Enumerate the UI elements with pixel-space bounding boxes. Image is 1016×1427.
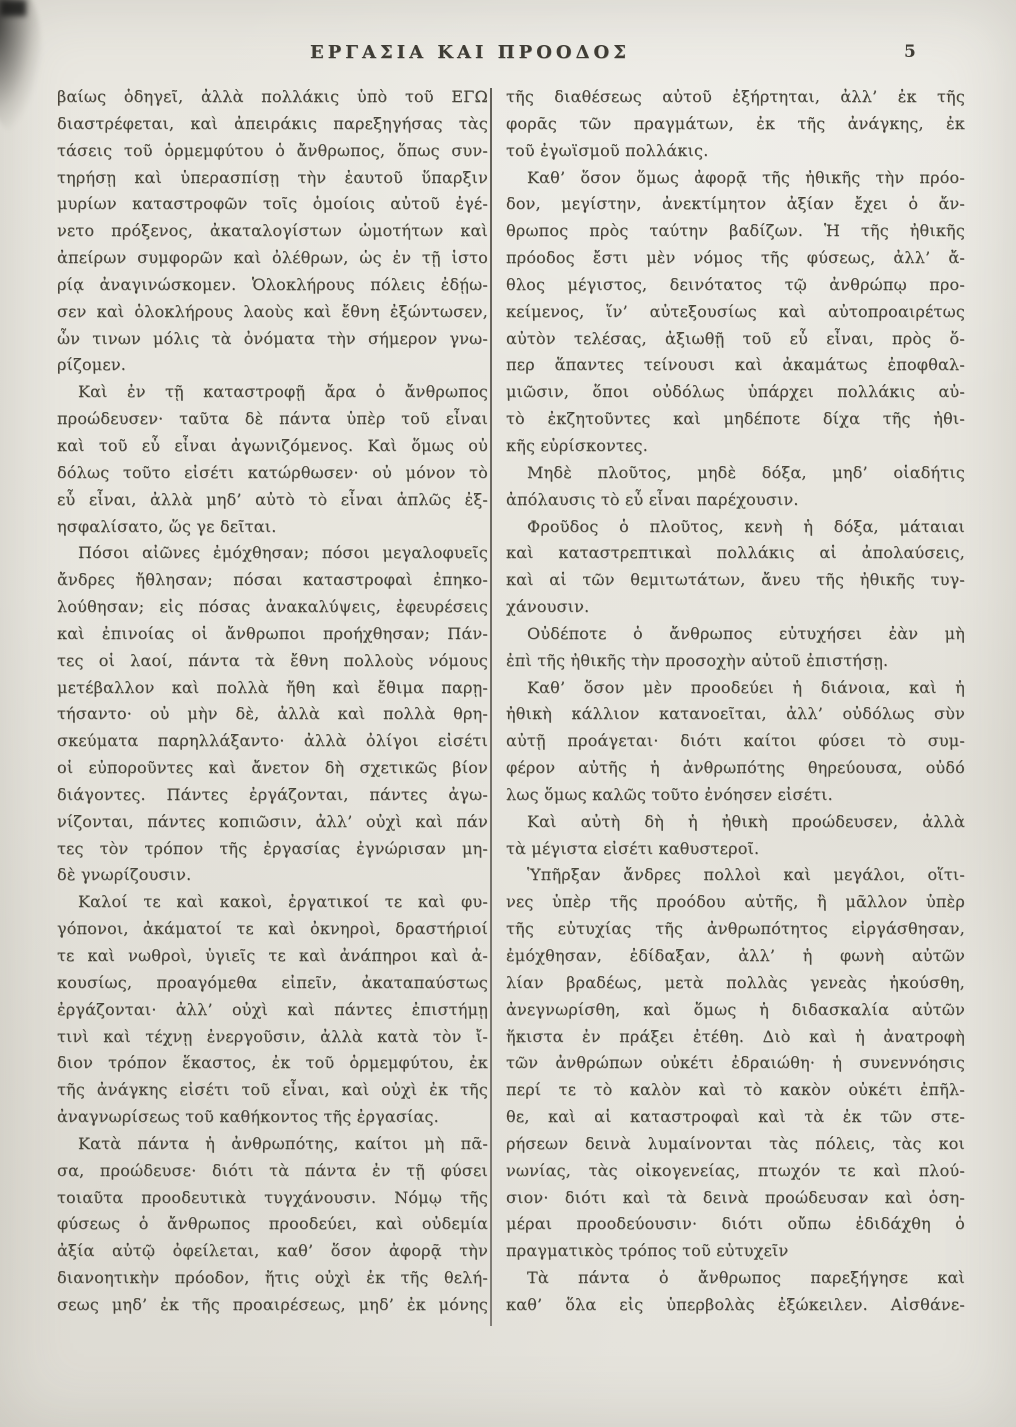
scan-corner-artifact	[0, 0, 26, 16]
text-line: διαστρέφεται, καὶ ἀπειράκις παρεξηγήσας …	[57, 111, 488, 138]
paragraph: Ὑπῆρξαν ἄνδρες πολλοὶ καὶ μεγάλοι, οἵτι-…	[506, 862, 965, 1265]
text-line: μιῶσιν, ὅποι οὐδόλως ὑπάρχει πολλάκις αὐ…	[506, 379, 965, 406]
text-line: λίαν βραδέως, μετὰ πολλὰς γενεὰς ἠκούσθη…	[506, 970, 965, 997]
running-title: ΕΡΓΑΣΙΑ ΚΑΙ ΠΡΟΟΔΟΣ	[310, 42, 630, 63]
text-line: διανοητικὴν πρόοδον, ἥτις οὐχὶ ἐκ τῆς θε…	[57, 1265, 488, 1292]
text-line: προώδευσεν· ταῦτα δὲ πάντα ὑπὲρ τοῦ εἶνα…	[57, 406, 488, 433]
text-line: Ὑπῆρξαν ἄνδρες πολλοὶ καὶ μεγάλοι, οἵτι-	[506, 862, 965, 889]
page-number: 5	[904, 42, 916, 62]
text-line: αὐτῇ προάγεται· διότι καίτοι φύσει τὸ συ…	[506, 728, 965, 755]
text-line: καὶ αἱ τῶν θεμιτωτάτων, ἄνευ τῆς ἠθικῆς …	[506, 567, 965, 594]
text-line: ἀξία αὐτῷ ὀφείλεται, καθ’ ὅσον ἀφορᾷ τὴν	[57, 1238, 488, 1265]
text-line: σεν καὶ ὁλοκλήρους λαοὺς καὶ ἔθνη ἐξώντω…	[57, 299, 488, 326]
text-line: μυρίων καταστροφῶν τοῖς ὁμοίοις αὐτοῦ ἐγ…	[57, 191, 488, 218]
text-line: ἀνεγνωρίσθη, καὶ ὅμως ἡ διδασκαλία αὐτῶν	[506, 997, 965, 1024]
text-line: διον τρόπον ἕκαστος, ἐκ τοῦ ὁρμεμφύτου, …	[57, 1050, 488, 1077]
text-line: γόπονοι, ἀκάματοί τε καὶ ὀκνηροὶ, δραστή…	[57, 916, 488, 943]
text-line: χάνουσιν.	[506, 594, 965, 621]
right-text-column: τῆς διαθέσεως αὐτοῦ ἐξήρτηται, ἀλλ’ ἐκ τ…	[506, 84, 965, 1319]
text-line: σκεύματα παρηλλάξαντο· ἀλλὰ ὀλίγοι εἰσέτ…	[57, 728, 488, 755]
text-line: ἠθικὴ κάλλιον κατανοεῖται, ἀλλ’ οὐδόλως …	[506, 701, 965, 728]
text-line: ἀπείρων συμφορῶν καὶ ὀλέθρων, ὡς ἐν τῇ ἱ…	[57, 245, 488, 272]
text-line: Τὰ πάντα ὁ ἄνθρωπος παρεξήγησε καὶ	[506, 1265, 965, 1292]
text-line: φέρον αὐτῆς ἡ ἀνθρωπότης θηρεύουσα, οὐδό	[506, 755, 965, 782]
text-line: τὸ ἐκζητοῦντες καὶ μηδέποτε δίχα τῆς ἠθι…	[506, 406, 965, 433]
text-line: ἐργάζονται· ἀλλ’ οὐχὶ καὶ πάντες ἐπιστήμ…	[57, 997, 488, 1024]
text-line: νες ὑπὲρ τῆς προόδου αὐτῆς, ἢ μᾶλλον ὑπὲ…	[506, 889, 965, 916]
text-line: πρόοδος ἔστι μὲν νόμος τῆς φύσεως, ἀλλ’ …	[506, 245, 965, 272]
paragraph: Κατὰ πάντα ἡ ἀνθρωπότης, καίτοι μὴ πᾶ-σα…	[57, 1131, 488, 1319]
text-line: κουσίως, προαγόμεθα εἰπεῖν, ἀκαταπαύστως	[57, 970, 488, 997]
text-line: εὖ εἶναι, ἀλλὰ μηδ’ αὐτὸ τὸ εἶναι ἁπλῶς …	[57, 487, 488, 514]
text-line: Καθ’ ὅσον μὲν προοδεύει ἡ διάνοια, καὶ ἡ	[506, 675, 965, 702]
paragraph: Φροῦδος ὁ πλοῦτος, κενὴ ἡ δόξα, μάταιαικ…	[506, 514, 965, 621]
text-line: τῆς διαθέσεως αὐτοῦ ἐξήρτηται, ἀλλ’ ἐκ τ…	[506, 84, 965, 111]
text-line: νωνίας, τὰς οἰκογενείας, πτωχόν τε καὶ π…	[506, 1158, 965, 1185]
paragraph: Πόσοι αἰῶνες ἐμόχθησαν; πόσοι μεγαλοφυεῖ…	[57, 540, 488, 889]
text-line: αὐτὸν τελέσας, ἀξιωθῇ τοῦ εὖ εἶναι, πρὸς…	[506, 326, 965, 353]
text-line: νετο πρόξενος, ἀκαταλογίστων ὠμοτήτων κα…	[57, 218, 488, 245]
text-line: θλος μέγιστος, δεινότατος τῷ ἀνθρώπῳ προ…	[506, 272, 965, 299]
text-line: Φροῦδος ὁ πλοῦτος, κενὴ ἡ δόξα, μάταιαι	[506, 514, 965, 541]
text-line: δόλως τοῦτο εἰσέτι κατώρθωσεν· οὐ μόνον …	[57, 460, 488, 487]
text-line: τινὶ καὶ τέχνῃ ἐνεργοῦσιν, ἀλλὰ κατὰ τὸν…	[57, 1024, 488, 1051]
text-line: θρωπος πρὸς ταύτην βαδίζων. Ἡ τῆς ἠθικῆς	[506, 218, 965, 245]
paragraph: τῆς διαθέσεως αὐτοῦ ἐξήρτηται, ἀλλ’ ἐκ τ…	[506, 84, 965, 165]
text-line: καὶ καταστρεπτικαὶ πολλάκις αἱ ἀπολαύσει…	[506, 540, 965, 567]
scanned-book-page: ΕΡΓΑΣΙΑ ΚΑΙ ΠΡΟΟΔΟΣ 5 βαίως ὁδηγεῖ, ἀλλὰ…	[0, 0, 1016, 1427]
text-line: ησφαλίσατο, ὥς γε δεῖται.	[57, 514, 488, 541]
left-text-column: βαίως ὁδηγεῖ, ἀλλὰ πολλάκις ὑπὸ τοῦ ΕΓΩδ…	[57, 84, 488, 1319]
text-line: καθ’ ὅλα εἰς ὑπερβολὰς ἐξώκειλεν. Αἰσθάν…	[506, 1292, 965, 1319]
paragraph: βαίως ὁδηγεῖ, ἀλλὰ πολλάκις ὑπὸ τοῦ ΕΓΩδ…	[57, 84, 488, 379]
text-line: τῆς ἀνάγκης εἰσέτι τοῦ εἶναι, καὶ οὐχὶ ἐ…	[57, 1077, 488, 1104]
text-line: τῆς εὐτυχίας τῆς ἀνθρωπότητος εἰργάσθησα…	[506, 916, 965, 943]
text-line: δον, μεγίστην, ἀνεκτίμητον ἀξίαν ἔχει ὁ …	[506, 191, 965, 218]
text-line: περί τε τὸ καλὸν καὶ τὸ κακὸν οὐκέτι ἐπῆ…	[506, 1077, 965, 1104]
text-line: Μηδὲ πλοῦτος, μηδὲ δόξα, μηδ’ οἱαδήτις	[506, 460, 965, 487]
text-line: σα, προώδευσε· διότι τὰ πάντα ἐν τῇ φύσε…	[57, 1158, 488, 1185]
text-line: λως ὅμως καλῶς τοῦτο ἐνόησεν εἰσέτι.	[506, 782, 965, 809]
text-line: ρήσεων δεινὰ λυμαίνονται τὰς πόλεις, τὰς…	[506, 1131, 965, 1158]
paragraph: Οὐδέποτε ὁ ἄνθρωπος εὐτυχήσει ἐὰν μὴἐπὶ …	[506, 621, 965, 675]
text-line: Καὶ αὐτὴ δὴ ἡ ἠθικὴ προώδευσεν, ἀλλὰ	[506, 809, 965, 836]
text-line: ἄνδρες ἤθλησαν; πόσαι καταστροφαὶ ἐπηκο-	[57, 567, 488, 594]
text-line: ὧν τινων μόλις τὰ ὀνόματα τὴν σήμερον γν…	[57, 326, 488, 353]
text-line: πραγματικὸς τρόπος τοῦ εὐτυχεῖν	[506, 1238, 965, 1265]
text-line: βαίως ὁδηγεῖ, ἀλλὰ πολλάκις ὑπὸ τοῦ ΕΓΩ	[57, 84, 488, 111]
text-line: ἀπόλαυσις τὸ εὖ εἶναι παρέχουσιν.	[506, 487, 965, 514]
paragraph: Καὶ ἐν τῇ καταστροφῇ ἄρα ὁ ἄνθρωποςπροώδ…	[57, 379, 488, 540]
text-line: τες οἱ λαοί, πάντα τὰ ἔθνη πολλοὺς νόμου…	[57, 648, 488, 675]
text-line: τήσαντο· οὐ μὴν δὲ, ἀλλὰ καὶ πολλὰ θρη-	[57, 701, 488, 728]
paragraph: Καὶ αὐτὴ δὴ ἡ ἠθικὴ προώδευσεν, ἀλλὰτὰ μ…	[506, 809, 965, 863]
paragraph: Μηδὲ πλοῦτος, μηδὲ δόξα, μηδ’ οἱαδήτιςἀπ…	[506, 460, 965, 514]
text-line: ἥκιστα ἐν πράξει ἐτέθη. Διὸ καὶ ἡ ἀνατρο…	[506, 1024, 965, 1051]
text-line: καὶ τοῦ εὖ εἶναι ἀγωνιζόμενος. Καὶ ὅμως …	[57, 433, 488, 460]
text-line: τηρήσῃ καὶ ὑπερασπίσῃ τὴν ἑαυτοῦ ὕπαρξιν	[57, 165, 488, 192]
text-line: καὶ ἐπινοίας οἱ ἄνθρωποι προήχθησαν; Πάν…	[57, 621, 488, 648]
text-line: τες τὸν τρόπον τῆς ἐργασίας ἐγνώρισαν μη…	[57, 836, 488, 863]
column-divider	[490, 88, 492, 1326]
text-line: Οὐδέποτε ὁ ἄνθρωπος εὐτυχήσει ἐὰν μὴ	[506, 621, 965, 648]
text-line: τάσεις τοῦ ὁρμεμφύτου ὁ ἄνθρωπος, ὅπως σ…	[57, 138, 488, 165]
text-line: ρίᾳ ἀναγινώσκομεν. Ὁλοκλήρους πόλεις ἐδῄ…	[57, 272, 488, 299]
text-line: κείμενος, ἵν’ αὐτεξουσίως καὶ αὐτοπροαιρ…	[506, 299, 965, 326]
text-line: σιον· διότι καὶ τὰ δεινὰ προώδευσαν καὶ …	[506, 1185, 965, 1212]
text-line: τοῦ ἐγωϊσμοῦ πολλάκις.	[506, 138, 965, 165]
paragraph: Καθ’ ὅσον ὅμως ἀφορᾷ τῆς ἠθικῆς τὴν πρόο…	[506, 165, 965, 460]
text-line: φορᾶς τῶν πραγμάτων, ἐκ τῆς ἀνάγκης, ἐκ	[506, 111, 965, 138]
text-line: λούθησαν; εἰς πόσας ἀνακαλύψεις, ἐφευρέσ…	[57, 594, 488, 621]
text-line: ἐπὶ τῆς ἠθικῆς τὴν προσοχὴν αὐτοῦ ἐπιστή…	[506, 648, 965, 675]
text-line: οἱ εὐποροῦντες καὶ ἄνετον δὴ σχετικῶς βί…	[57, 755, 488, 782]
text-line: φύσεως ὁ ἄνθρωπος προοδεύει, καὶ οὐδεμία	[57, 1211, 488, 1238]
text-line: ρίζομεν.	[57, 352, 488, 379]
paragraph: Καθ’ ὅσον μὲν προοδεύει ἡ διάνοια, καὶ ἡ…	[506, 675, 965, 809]
text-line: τοιαῦτα προοδευτικὰ τυγχάνουσιν. Νόμῳ τῆ…	[57, 1185, 488, 1212]
text-line: νίζονται, πάντες κοπιῶσιν, ἀλλ’ οὐχὶ καὶ…	[57, 809, 488, 836]
paragraph: Τὰ πάντα ὁ ἄνθρωπος παρεξήγησε καὶκαθ’ ὅ…	[506, 1265, 965, 1319]
text-line: μέραι προοδεύουσιν· διότι οὔπω ἐδιδάχθη …	[506, 1211, 965, 1238]
text-line: ἀναγνωρίσεως τοῦ καθήκοντος τῆς ἐργασίας…	[57, 1104, 488, 1131]
text-line: Καὶ ἐν τῇ καταστροφῇ ἄρα ὁ ἄνθρωπος	[57, 379, 488, 406]
text-line: Καλοί τε καὶ κακοὶ, ἐργατικοί τε καὶ φυ-	[57, 889, 488, 916]
text-line: δὲ γνωρίζουσιν.	[57, 862, 488, 889]
text-line: κῆς εὑρίσκοντες.	[506, 433, 965, 460]
text-line: μετέβαλλον καὶ πολλὰ ἤθη καὶ ἔθιμα παρῃ-	[57, 675, 488, 702]
text-line: περ ἅπαντες τείνουσι καὶ ἀκαμάτως ἐποφθα…	[506, 352, 965, 379]
scan-edge-artifact	[0, 0, 42, 132]
text-line: σεως μηδ’ ἐκ τῆς προαιρέσεως, μηδ’ ἐκ μό…	[57, 1292, 488, 1319]
text-line: τὰ μέγιστα εἰσέτι καθυστεροῖ.	[506, 836, 965, 863]
text-line: τε καὶ νωθροὶ, ὑγιεῖς τε καὶ ἀνάπηροι κα…	[57, 943, 488, 970]
text-line: Πόσοι αἰῶνες ἐμόχθησαν; πόσοι μεγαλοφυεῖ…	[57, 540, 488, 567]
text-line: ἐμόχθησαν, ἐδίδαξαν, ἀλλ’ ἡ φωνὴ αὐτῶν	[506, 943, 965, 970]
text-line: θε, καὶ αἱ καταστροφαὶ καὶ τὰ ἐκ τῶν στε…	[506, 1104, 965, 1131]
text-line: Καθ’ ὅσον ὅμως ἀφορᾷ τῆς ἠθικῆς τὴν πρόο…	[506, 165, 965, 192]
text-line: διάγοντες. Πάντες ἐργάζονται, πάντες ἀγω…	[57, 782, 488, 809]
text-line: τῶν ἀνθρώπων οὐκέτι ἐδραιώθη· ἡ συνεννόη…	[506, 1050, 965, 1077]
paragraph: Καλοί τε καὶ κακοὶ, ἐργατικοί τε καὶ φυ-…	[57, 889, 488, 1131]
text-line: Κατὰ πάντα ἡ ἀνθρωπότης, καίτοι μὴ πᾶ-	[57, 1131, 488, 1158]
